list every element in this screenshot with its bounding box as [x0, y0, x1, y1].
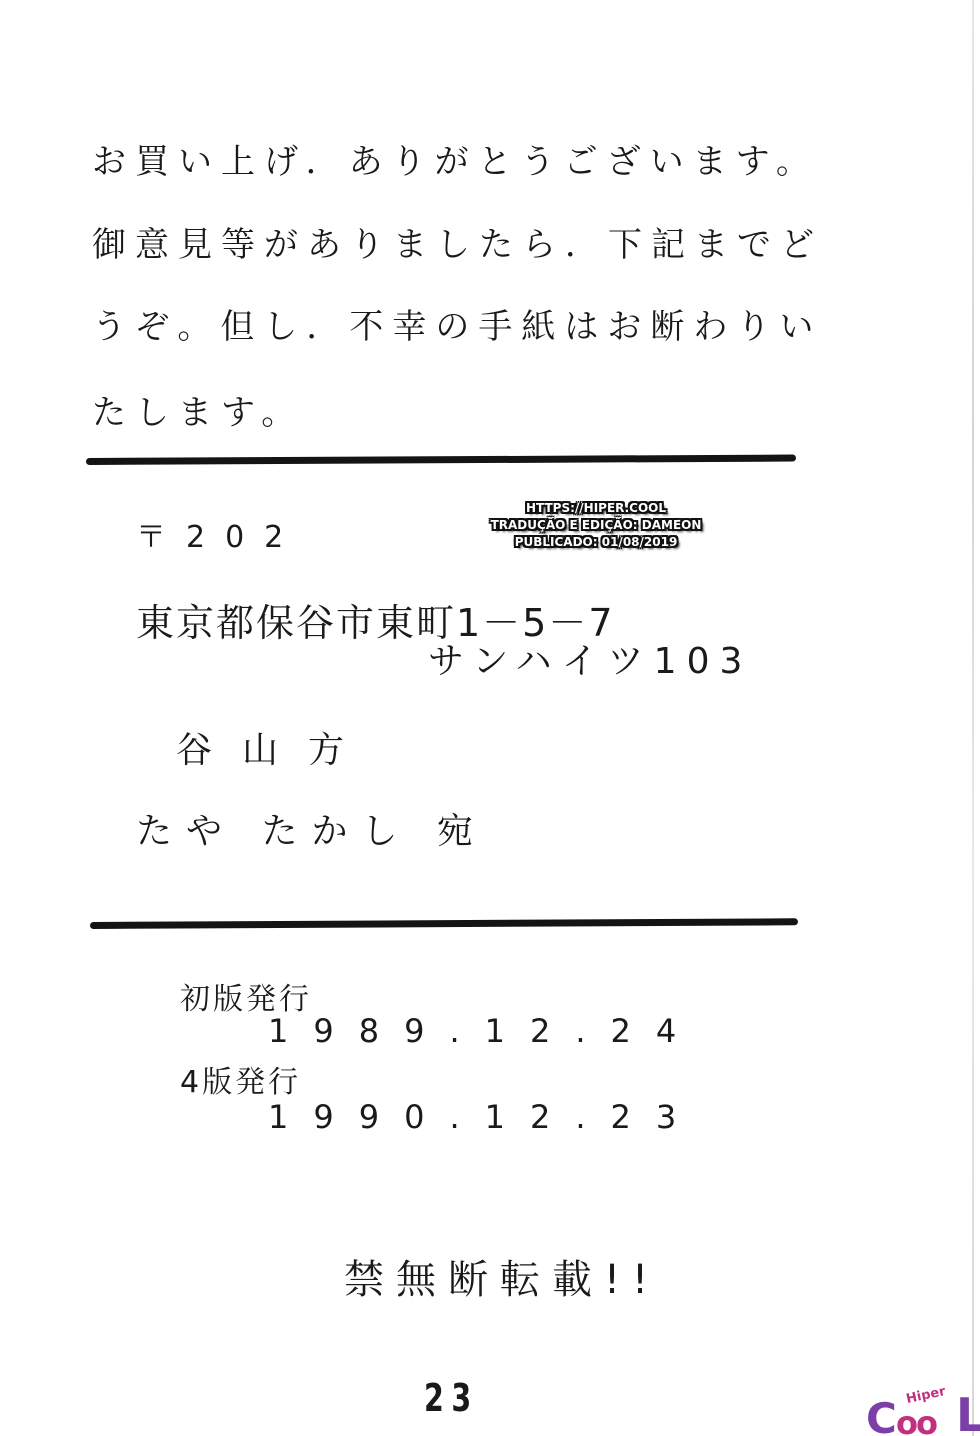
- hiper-cool-logo: C oo L Hiper: [866, 1386, 980, 1436]
- credit-translation: Tradução e edição: Dameon: [488, 517, 704, 534]
- no-reprint-notice: 禁無断転載!!: [344, 1248, 660, 1305]
- logo-letters-oo: oo: [896, 1404, 936, 1436]
- intro-line-2: 御意見等がありましたら．下記までど: [92, 217, 823, 266]
- divider-top: [86, 455, 796, 465]
- address-line-2: サンハイツ103: [428, 633, 752, 684]
- edition-2-label: 4版発行: [180, 1057, 301, 1101]
- logo-letter-c: C: [866, 1394, 897, 1436]
- page-number: 23: [424, 1376, 479, 1420]
- logo-letter-l: L: [956, 1388, 980, 1436]
- address-recipient: たや たかし 宛: [136, 803, 487, 854]
- edition-2-date: 1990.12.23: [268, 1098, 701, 1136]
- scanlation-credit: https://hiper.cool Tradução e edição: Da…: [488, 500, 704, 551]
- intro-line-1: お買い上げ．ありがとうございます。: [92, 134, 819, 183]
- divider-bottom: [90, 918, 798, 929]
- intro-line-3: うぞ。但し．不幸の手紙はお断わりい: [92, 299, 822, 348]
- postal-code: 〒202: [136, 512, 303, 556]
- credit-published: Publicado: 01/08/2019: [488, 534, 704, 551]
- page-edge: [972, 0, 974, 1436]
- credit-site: https://hiper.cool: [488, 500, 704, 517]
- edition-1-date: 1989.12.24: [268, 1012, 701, 1050]
- address-care-of: 谷山方: [176, 722, 374, 773]
- intro-line-4: たします。: [92, 385, 304, 434]
